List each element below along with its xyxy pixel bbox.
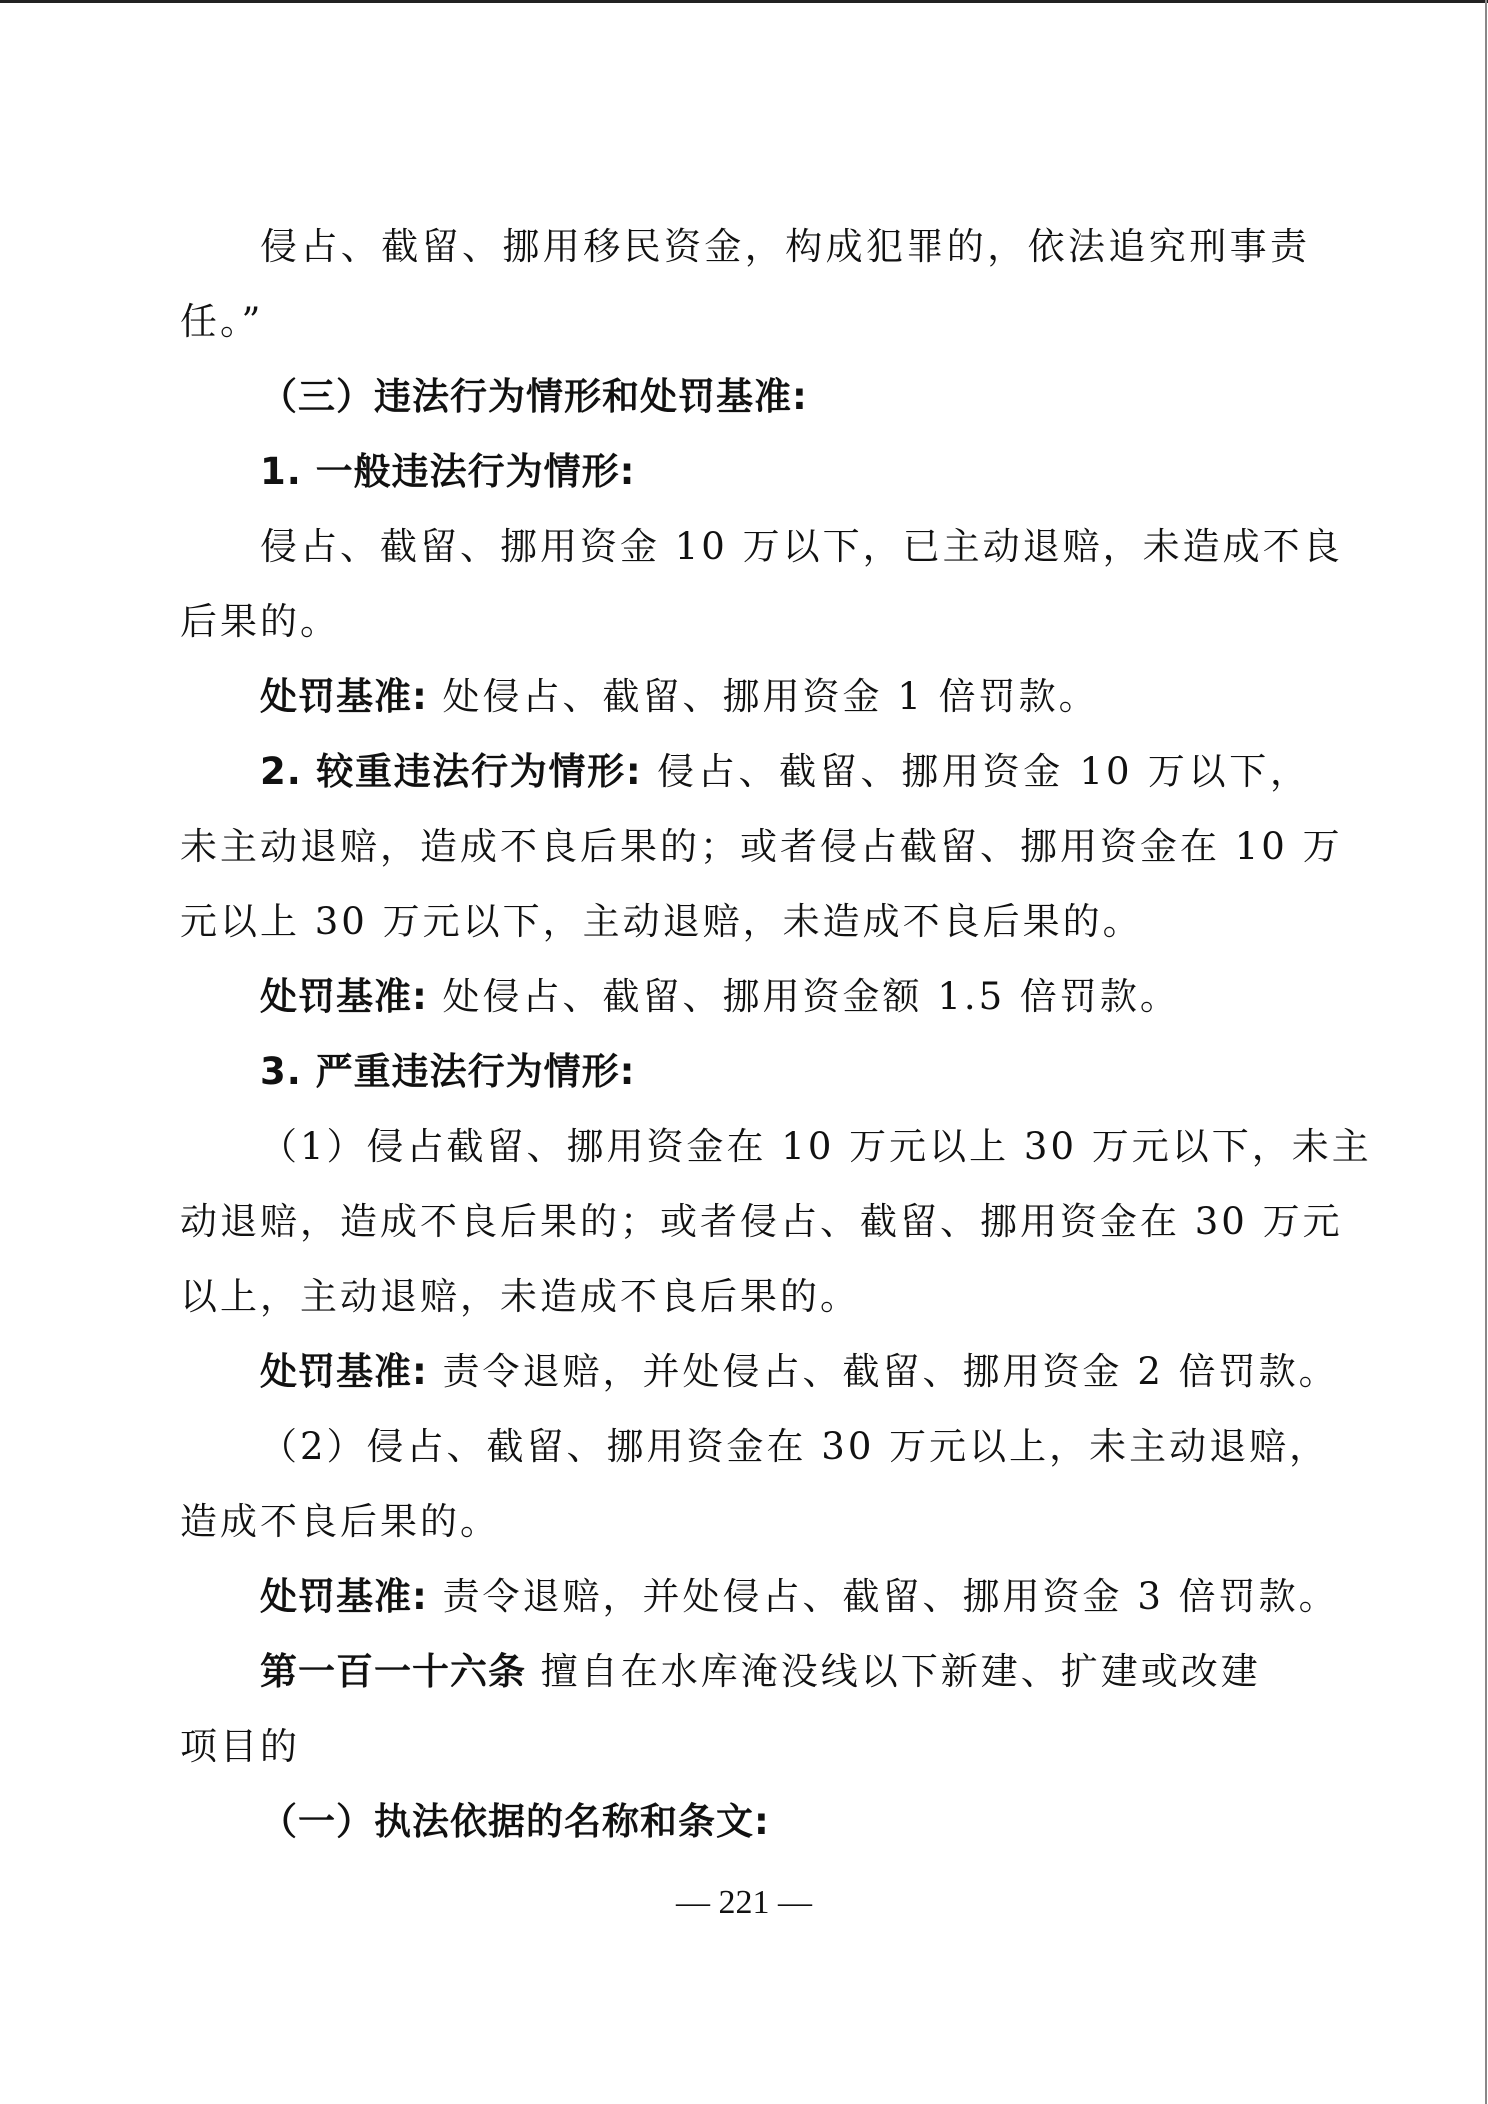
paragraph-line: 以上，主动退赔，未造成不良后果的。 bbox=[180, 1272, 860, 1322]
paragraph-line: 动退赔，造成不良后果的；或者侵占、截留、挪用资金在 30 万元 bbox=[180, 1197, 1310, 1247]
subsection-text: 侵占、截留、挪用资金 10 万以下， bbox=[642, 750, 1310, 793]
paragraph-line: 未主动退赔，造成不良后果的；或者侵占截留、挪用资金在 10 万 bbox=[180, 822, 1310, 872]
subsection-heading: 1. 一般违法行为情形: bbox=[260, 447, 635, 497]
penalty-label: 处罚基准: bbox=[260, 675, 428, 718]
penalty-text: 责令退赔，并处侵占、截留、挪用资金 3 倍罚款。 bbox=[428, 1575, 1339, 1618]
penalty-standard-line: 处罚基准: 处侵占、截留、挪用资金额 1.5 倍罚款。 bbox=[260, 972, 1180, 1022]
penalty-standard-line: 处罚基准: 处侵占、截留、挪用资金 1 倍罚款。 bbox=[260, 672, 1099, 722]
section-heading: （一）执法依据的名称和条文: bbox=[260, 1797, 770, 1847]
subsection-label: 2. 较重违法行为情形: bbox=[260, 750, 642, 793]
subsection-heading: 2. 较重违法行为情形: 侵占、截留、挪用资金 10 万以下， bbox=[260, 747, 1310, 797]
page-top-border bbox=[0, 0, 1488, 3]
paragraph-line: （1）侵占截留、挪用资金在 10 万元以上 30 万元以下，未主 bbox=[260, 1122, 1310, 1172]
penalty-text: 处侵占、截留、挪用资金 1 倍罚款。 bbox=[428, 675, 1099, 718]
paragraph-line: 侵占、截留、挪用资金 10 万以下，已主动退赔，未造成不良 bbox=[260, 522, 1310, 572]
penalty-standard-line: 处罚基准: 责令退赔，并处侵占、截留、挪用资金 3 倍罚款。 bbox=[260, 1572, 1339, 1622]
article-text: 擅自在水库淹没线以下新建、扩建或改建 bbox=[526, 1650, 1261, 1693]
penalty-label: 处罚基准: bbox=[260, 975, 428, 1018]
paragraph-line: 项目的 bbox=[180, 1722, 300, 1772]
paragraph-line: 任。” bbox=[180, 297, 263, 347]
article-number: 第一百一十六条 bbox=[260, 1650, 526, 1693]
penalty-text: 处侵占、截留、挪用资金额 1.5 倍罚款。 bbox=[428, 975, 1180, 1018]
penalty-standard-line: 处罚基准: 责令退赔，并处侵占、截留、挪用资金 2 倍罚款。 bbox=[260, 1347, 1339, 1397]
paragraph-line: 元以上 30 万元以下，主动退赔，未造成不良后果的。 bbox=[180, 897, 1143, 947]
penalty-label: 处罚基准: bbox=[260, 1575, 428, 1618]
article-heading: 第一百一十六条 擅自在水库淹没线以下新建、扩建或改建 bbox=[260, 1647, 1261, 1697]
penalty-label: 处罚基准: bbox=[260, 1350, 428, 1393]
paragraph-line: 后果的。 bbox=[180, 597, 340, 647]
page-right-border bbox=[1485, 0, 1487, 2104]
paragraph-line: （2）侵占、截留、挪用资金在 30 万元以上，未主动退赔， bbox=[260, 1422, 1310, 1472]
paragraph-line: 侵占、截留、挪用移民资金，构成犯罪的，依法追究刑事责 bbox=[260, 222, 1310, 272]
paragraph-line: 造成不良后果的。 bbox=[180, 1497, 500, 1547]
page-number: — 221 — bbox=[0, 1884, 1488, 1922]
subsection-heading: 3. 严重违法行为情形: bbox=[260, 1047, 635, 1097]
penalty-text: 责令退赔，并处侵占、截留、挪用资金 2 倍罚款。 bbox=[428, 1350, 1339, 1393]
section-heading: （三）违法行为情形和处罚基准: bbox=[260, 372, 808, 422]
